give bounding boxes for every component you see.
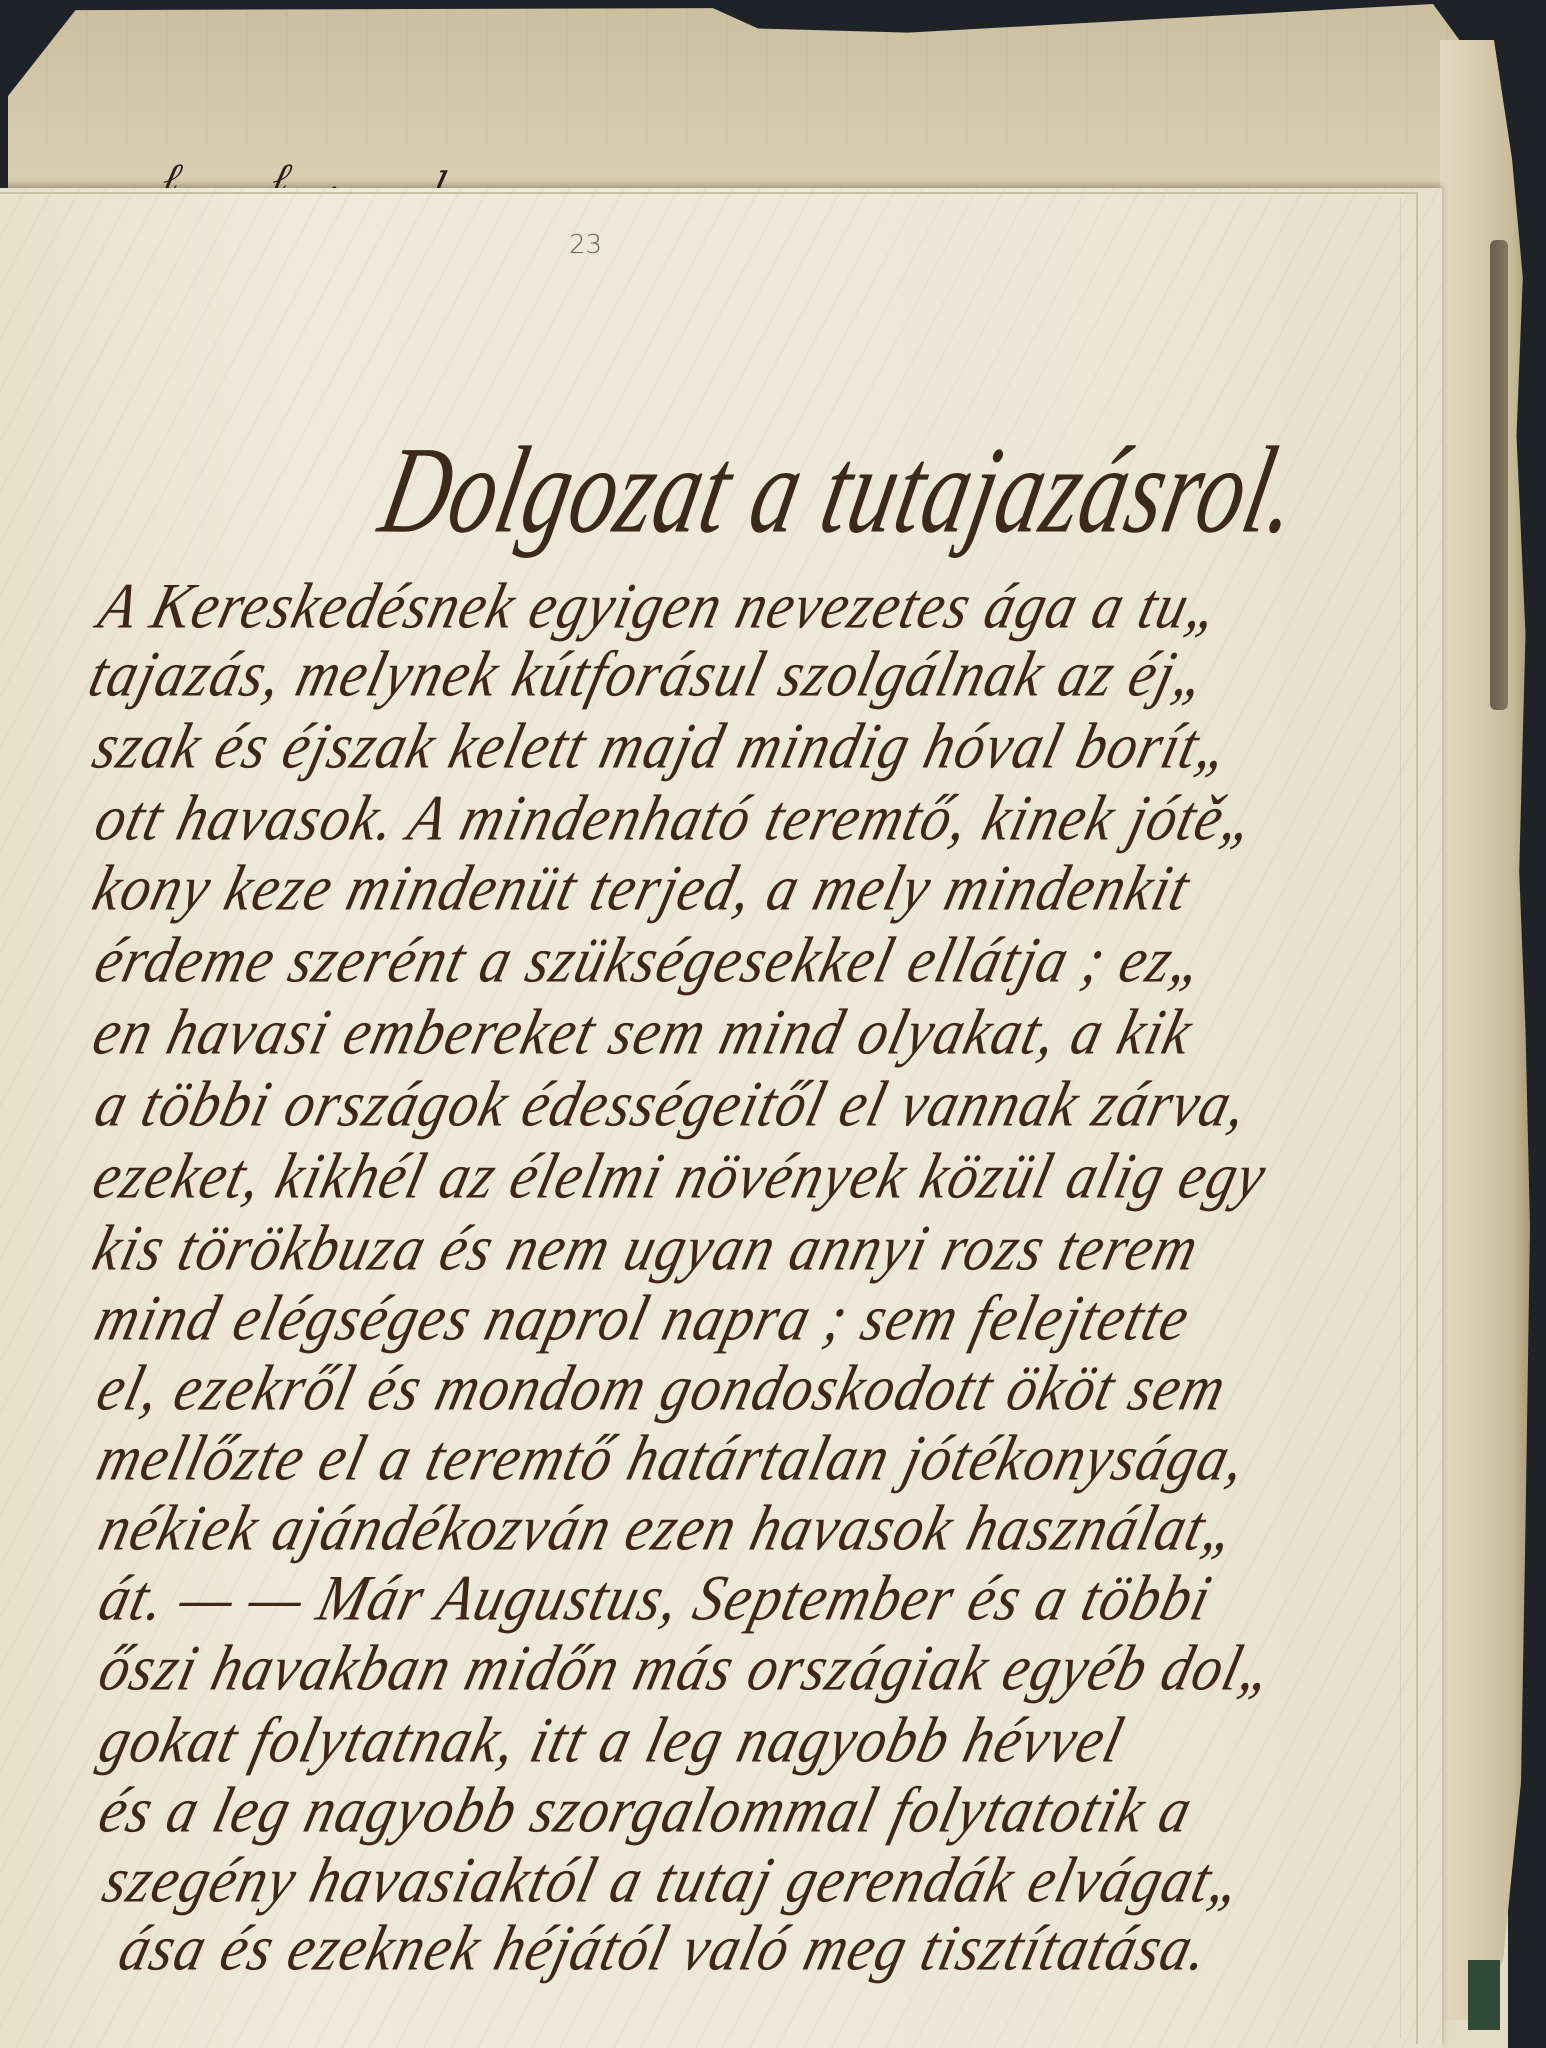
text-line: a többi országok édességeitől el vannak … [88,1066,1257,1141]
manuscript-page: 23 Dolgozat a tutajazásrol. A Kereskedés… [0,188,1442,2048]
text-line: gokat folytatnak, itt a leg nagyobb hévv… [92,1702,1132,1777]
text-line: át. — — Már Augustus, September és a töb… [92,1560,1220,1635]
text-line: A Kereskedésnek egyigen nevezetes ága a … [92,568,1232,643]
binding-scrap [1468,1960,1500,2030]
text-line: ása és ezeknek héjától való meg tisztíta… [112,1910,1218,1985]
text-line: el, ezekről és mondom gondoskodott ököt … [90,1350,1235,1425]
text-line: nékiek ajándékozván ezen havasok használ… [92,1490,1248,1565]
text-line: szegény havasiaktól a tutaj gerendák elv… [96,1842,1254,1917]
text-line: érdeme szerént a szükségesekkel ellátja … [88,922,1216,997]
text-line: mind elégséges naprol napra ; sem felejt… [88,1280,1198,1355]
text-line: tajazás, melynek kútforásul szolgálnak a… [82,636,1219,711]
text-line: őszi havakban midőn más országiak egyéb … [92,1630,1285,1705]
manuscript-body: A Kereskedésnek egyigen nevezetes ága a … [0,188,1442,2048]
text-line: kis törökbuza és nem ugyan annyi rozs te… [86,1210,1207,1285]
page-edge-shadow [1490,240,1508,710]
text-line: mellőzte el a teremtő határtalan jótékon… [90,1420,1255,1495]
text-line: kony keze mindenüt terjed, a mely minden… [86,850,1198,925]
text-line: en havasi embereket sem mind olyakat, a … [86,994,1201,1069]
text-line: és a leg nagyobb szorgalommal folytatoti… [92,1772,1201,1847]
text-line: ezeket, kikhél az élelmi növények közül … [86,1138,1275,1213]
foxing-stains [8,4,1508,144]
text-line: szak és éjszak kelett majd mindig hóval … [86,708,1242,783]
text-line: ott havasok. A mindenható teremtő, kinek… [88,780,1267,855]
torn-page-edges [1440,40,1530,2020]
